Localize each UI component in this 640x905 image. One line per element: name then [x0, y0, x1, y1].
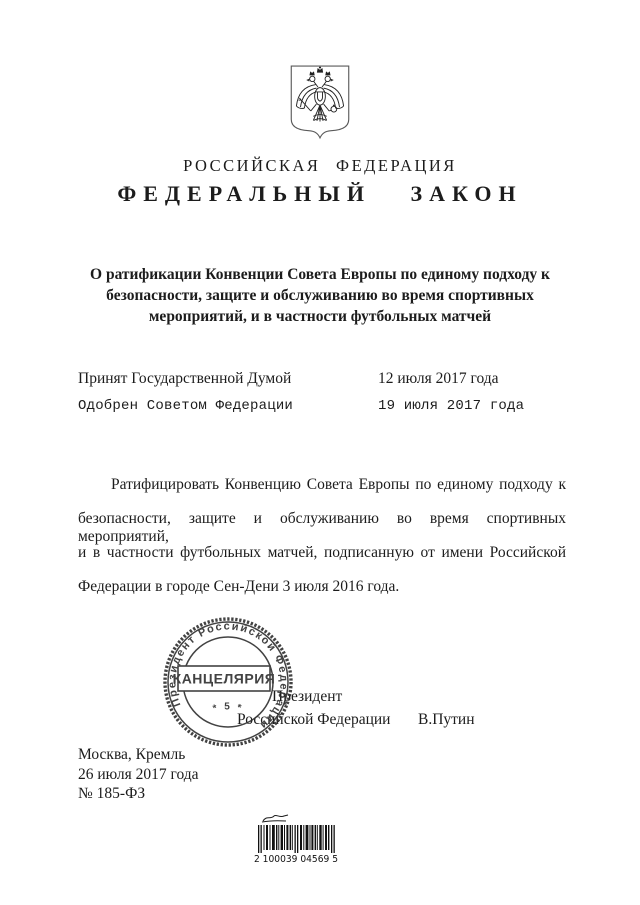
signatory-name: В.Путин	[418, 711, 475, 729]
country-name: РОССИЙСКАЯ ФЕДЕРАЦИЯ	[0, 156, 640, 176]
law-title-line: безопасности, защите и обслуживанию во в…	[0, 287, 640, 305]
barcode-digits: 2 100039 04569 5	[254, 854, 338, 865]
body-text-line: безопасности, защите и обслуживанию во в…	[78, 510, 566, 546]
law-number: № 185-ФЗ	[78, 784, 199, 804]
document-type-heading: ФЕДЕРАЛЬНЫЙ ЗАКОН	[0, 181, 640, 207]
body-text-line: Ратифицировать Конвенцию Совета Европы п…	[78, 476, 566, 494]
law-title-line: мероприятий, и в частности футбольных ма…	[0, 308, 640, 326]
chancellery-stamp: Президент Российской Федерации * 5 * КАН…	[158, 612, 298, 752]
issuance-date: 26 июля 2017 года	[78, 765, 199, 785]
issuance-place: Москва, Кремль	[78, 745, 199, 765]
adopted-by-duma-date: 12 июля 2017 года	[378, 370, 499, 388]
law-document-page: РОССИЙСКАЯ ФЕДЕРАЦИЯ ФЕДЕРАЛЬНЫЙ ЗАКОН О…	[0, 0, 640, 905]
approved-by-council-date: 19 июля 2017 года	[378, 398, 524, 414]
body-text-line: и в частности футбольных матчей, подписа…	[78, 544, 566, 562]
stamp-bottom-text: * 5 *	[212, 702, 244, 715]
stamp-center-text: КАНЦЕЛЯРИЯ	[173, 671, 276, 687]
law-title-line: О ратификации Конвенции Совета Европы по…	[0, 266, 640, 284]
barcode-bars	[258, 825, 335, 853]
adopted-by-duma-label: Принят Государственной Думой	[78, 370, 291, 388]
approved-by-council-label: Одобрен Советом Федерации	[78, 398, 293, 414]
handwritten-mark	[262, 815, 288, 822]
barcode: 2 100039 04569 5	[250, 812, 350, 870]
issuance-block: Москва, Кремль 26 июля 2017 года № 185-Ф…	[78, 745, 199, 804]
double-headed-eagle	[296, 66, 343, 121]
body-text-line: Федерации в городе Сен-Дени 3 июля 2016 …	[78, 578, 566, 596]
arms-shield-frame	[291, 66, 348, 138]
coat-of-arms-icon	[289, 64, 351, 142]
